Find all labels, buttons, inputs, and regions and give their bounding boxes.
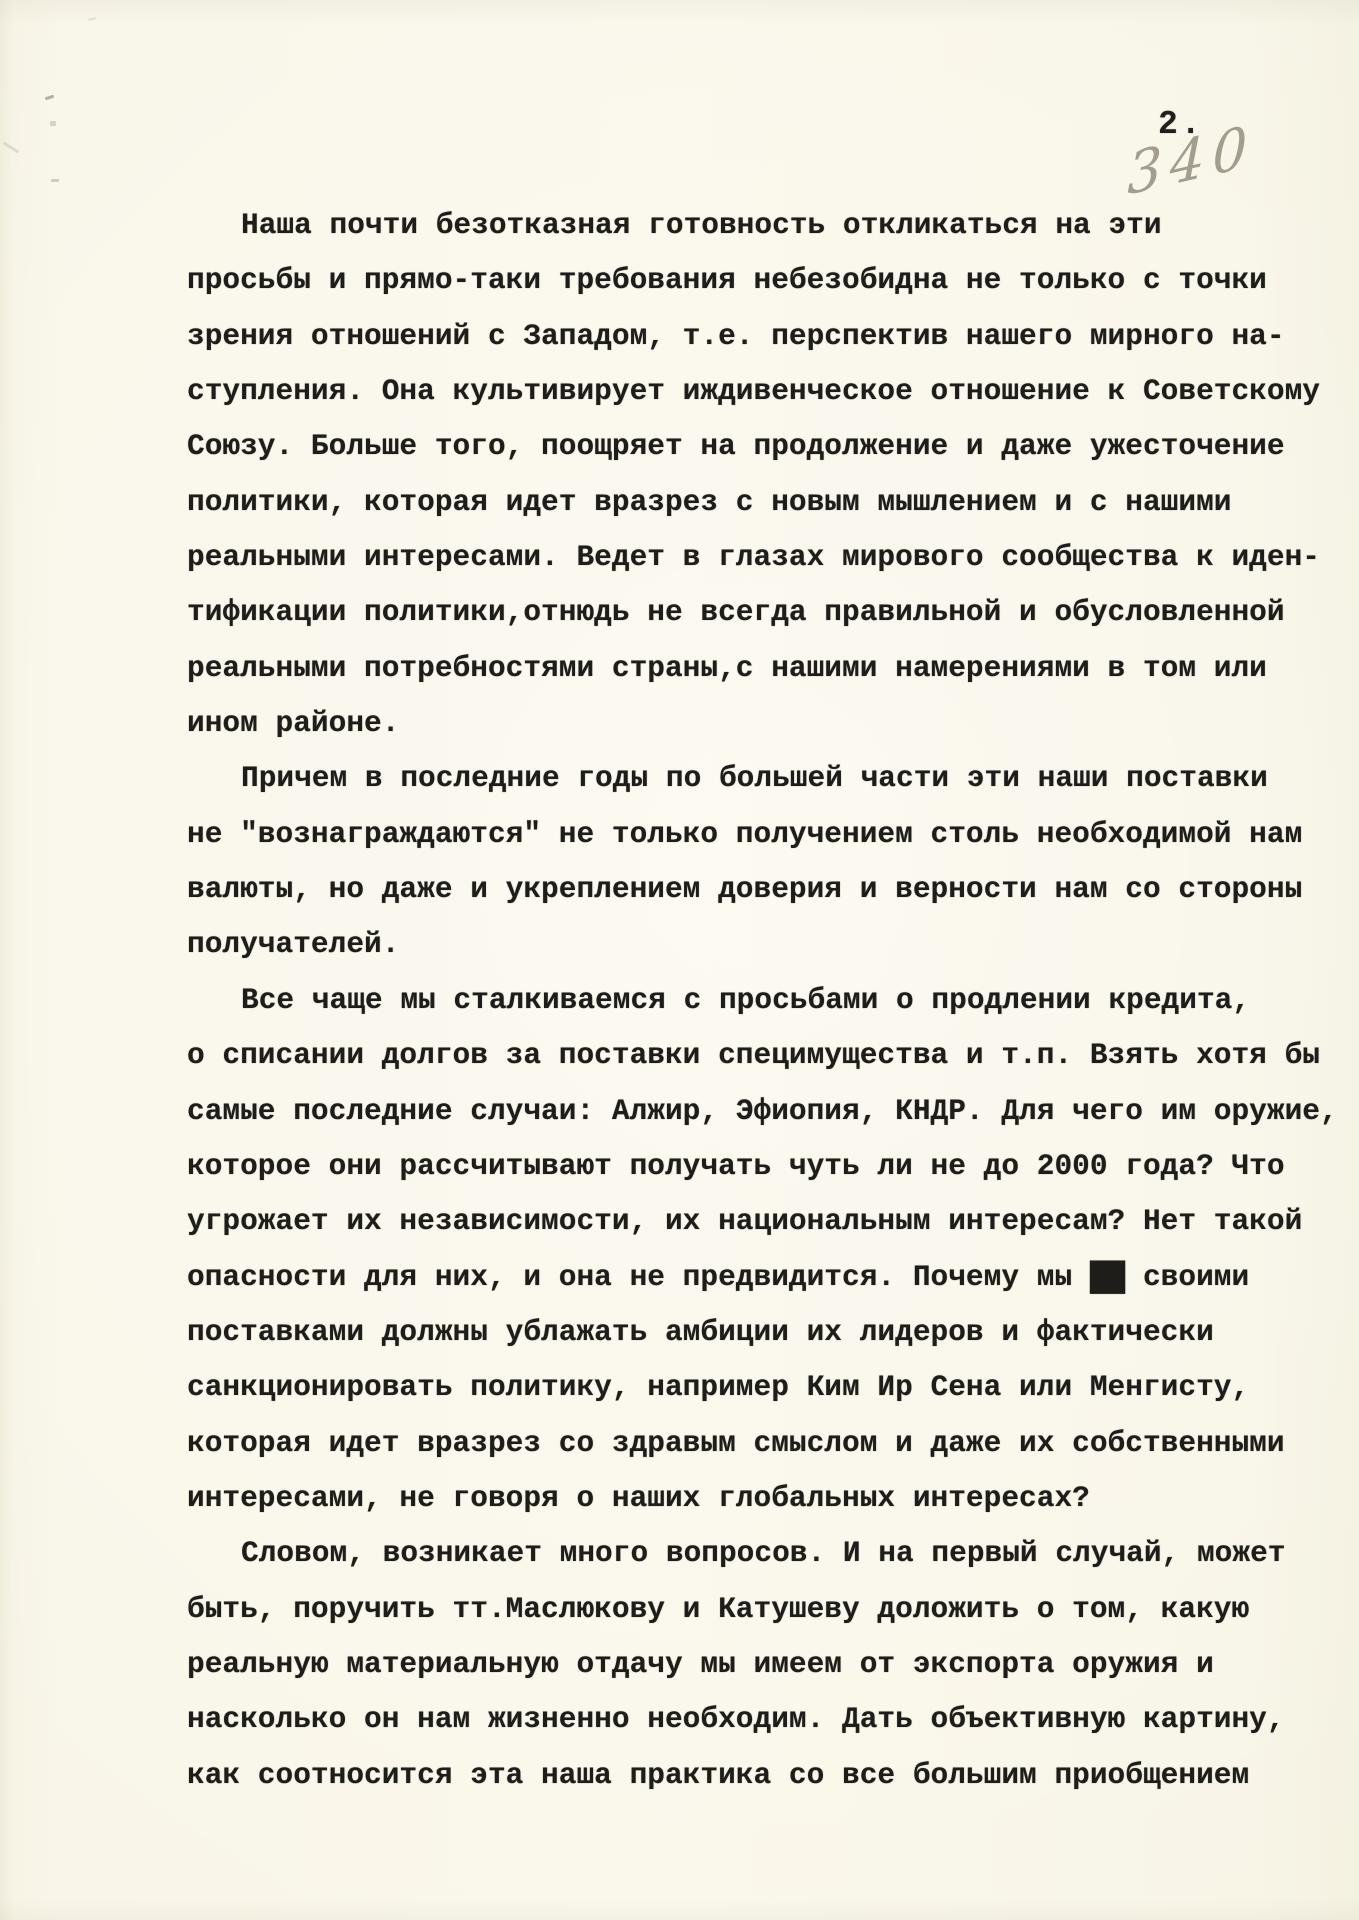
- text-line: зрения отношений с Западом, т.е. перспек…: [187, 309, 1347, 364]
- text-line: поставками должны ублажать амбиции их ли…: [187, 1305, 1347, 1360]
- text-line: быть, поручить тт.Маслюкову и Катушеву д…: [187, 1582, 1347, 1637]
- pencil-speck: [51, 179, 59, 182]
- scanned-document-page: 2. 340 Наша почти безотказная готовность…: [0, 0, 1359, 1920]
- scan-artifact: [3, 141, 20, 153]
- text-line: Наша почти безотказная готовность отклик…: [187, 198, 1347, 253]
- text-line: которая идет вразрез со здравым смыслом …: [187, 1416, 1347, 1471]
- text-line: не "вознаграждаются" не только получение…: [187, 807, 1347, 862]
- text-line: опасности для них, и она не предвидится.…: [187, 1250, 1347, 1305]
- text-line: реальную материальную отдачу мы имеем от…: [187, 1637, 1347, 1692]
- text-line: реальными потребностями страны,с нашими …: [187, 641, 1347, 696]
- text-line: реальными интересами. Ведет в глазах мир…: [187, 530, 1347, 585]
- text-line: получателей.: [187, 917, 1347, 972]
- text-line: тификации политики,отнюдь не всегда прав…: [187, 585, 1347, 640]
- text-line: валюты, но даже и укреплением доверия и …: [187, 862, 1347, 917]
- pencil-speck: [45, 95, 54, 101]
- text-line: санкционировать политику, например Ким И…: [187, 1360, 1347, 1415]
- handwritten-pencil-note: 340: [1127, 113, 1256, 209]
- text-line: Союзу. Больше того, поощряет на продолже…: [187, 419, 1347, 474]
- typewritten-body-text: Наша почти безотказная готовность отклик…: [187, 198, 1347, 1803]
- text-line: интересами, не говоря о наших глобальных…: [187, 1471, 1347, 1526]
- text-line: самые последние случаи: Алжир, Эфиопия, …: [187, 1084, 1347, 1139]
- text-line: Словом, возникает много вопросов. И на п…: [187, 1526, 1347, 1581]
- text-line: ином районе.: [187, 696, 1347, 751]
- text-line: насколько он нам жизненно необходим. Дат…: [187, 1692, 1347, 1747]
- text-line: ступления. Она культивирует иждивенческо…: [187, 364, 1347, 419]
- text-line: которое они рассчитывают получать чуть л…: [187, 1139, 1347, 1194]
- text-line: угрожает их независимости, их национальн…: [187, 1194, 1347, 1249]
- text-line: просьбы и прямо-таки требования небезоби…: [187, 253, 1347, 308]
- text-line: политики, которая идет вразрез с новым м…: [187, 475, 1347, 530]
- text-line: Все чаще мы сталкиваемся с просьбами о п…: [187, 973, 1347, 1028]
- text-line: Причем в последние годы по большей части…: [187, 751, 1347, 806]
- pencil-speck: [50, 121, 56, 126]
- text-line: о списании долгов за поставки специмущес…: [187, 1028, 1347, 1083]
- text-line: как соотносится эта наша практика со все…: [187, 1748, 1347, 1803]
- scan-artifact: [88, 17, 96, 20]
